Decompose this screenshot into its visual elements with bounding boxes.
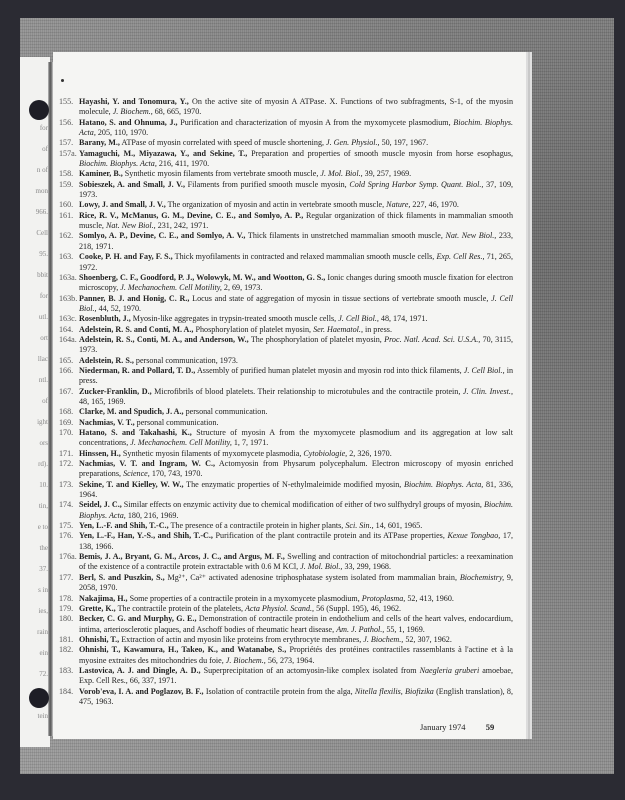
reference-entry: 179.Grette, K., The contractile protein … — [59, 604, 513, 614]
reference-entry: 175.Yen, L.-F. and Shih, T.-C., The pres… — [59, 521, 513, 531]
reference-authors: Kaminer, B., — [79, 169, 123, 178]
reference-text: Nachmias, V. T. and Ingram, W. C., Actom… — [79, 459, 513, 480]
reference-text: Ohnishi, T., Extraction of actin and myo… — [79, 635, 513, 645]
reference-details: 2, 69, 1973. — [222, 283, 262, 292]
reference-journal: Biochemistry, — [460, 573, 504, 582]
reference-entry: 168.Clarke, M. and Spudich, J. A., perso… — [59, 407, 513, 417]
reference-entry: 163a.Shoenberg, C. F., Goodford, P. J., … — [59, 273, 513, 294]
reference-title: personal communication. — [184, 407, 268, 416]
reference-title: Synthetic myosin filaments from vertebra… — [123, 169, 321, 178]
reference-number: 179. — [59, 604, 79, 614]
reference-journal: J. Gen. Physiol., — [326, 138, 380, 147]
reference-entry: 156.Hatano, S. and Ohnuma, J., Purificat… — [59, 118, 513, 139]
reference-journal: Acta Physiol. Scand., — [245, 604, 314, 613]
reference-title: Similar effects on enzymic activity due … — [122, 500, 484, 509]
reference-number: 163. — [59, 252, 79, 273]
reference-authors: Somlyo, A. P., Devine, C. E., and Somlyo… — [79, 231, 245, 240]
reference-text: Hatano, S. and Takahashi, K., Structure … — [79, 428, 513, 449]
reference-details: in press. — [363, 325, 392, 334]
left-page-fragment: rain — [37, 628, 48, 636]
reference-details: 231, 242, 1971. — [156, 221, 209, 230]
reference-authors: Becker, C. G. and Murphy, G. E., — [79, 614, 196, 623]
reference-number: 168. — [59, 407, 79, 417]
reference-authors: Hinssen, H., — [79, 449, 121, 458]
reference-number: 176a. — [59, 552, 79, 573]
reference-details: 2, 326, 1970. — [347, 449, 392, 458]
reference-authors: Adelstein, R. S. and Conti, M. A., — [79, 325, 193, 334]
left-page-fragment: ies, — [38, 607, 48, 615]
reference-number: 180. — [59, 614, 79, 635]
reference-entry: 157.Barany, M., ATPase of myosin correla… — [59, 138, 513, 148]
reference-entry: 164.Adelstein, R. S. and Conti, M. A., P… — [59, 325, 513, 335]
reference-entry: 162.Somlyo, A. P., Devine, C. E., and So… — [59, 231, 513, 252]
reference-journal: Nitella flexilis, Biofizika — [355, 687, 434, 696]
reference-title: Microfibrils of blood platelets. Their r… — [152, 387, 463, 396]
reference-details: 50, 197, 1967. — [380, 138, 429, 147]
reference-title: Superprecipitation of an actomyosin-like… — [201, 666, 420, 675]
reference-entry: 160.Lowy, J. and Small, J. V., The organ… — [59, 200, 513, 210]
left-page-fragment: ntl. — [39, 376, 48, 384]
reference-title: Synthetic myosin filaments of myxomycete… — [121, 449, 304, 458]
reference-entry: 182.Ohnishi, T., Kawamura, H., Takeo, K.… — [59, 645, 513, 666]
reference-journal: Nature, — [386, 200, 410, 209]
reference-number: 157. — [59, 138, 79, 148]
reference-text: Vorob'eva, I. A. and Poglazov, B. F., Is… — [79, 687, 513, 708]
reference-journal: Protoplasma, — [362, 594, 406, 603]
reference-title: Phosphorylation of platelet myosin, — [193, 325, 313, 334]
reference-entry: 159.Sobieszek, A. and Small, J. V., Fila… — [59, 180, 513, 201]
reference-number: 159. — [59, 180, 79, 201]
reference-text: Yamaguchi, M., Miyazawa, Y., and Sekine,… — [79, 149, 513, 170]
reference-authors: Nachmias, V. T., — [79, 418, 135, 427]
reference-authors: Nakajima, H., — [79, 594, 128, 603]
reference-details: 39, 257, 1969. — [363, 169, 412, 178]
reference-details: 170, 743, 1970. — [150, 469, 203, 478]
left-page-fragment: 72. — [39, 670, 48, 678]
reference-entry: 161.Rice, R. V., McManus, G. M., Devine,… — [59, 211, 513, 232]
left-page-fragment: 10. — [39, 481, 48, 489]
reference-number: 183. — [59, 666, 79, 687]
reference-text: Seidel, J. C., Similar effects on enzymi… — [79, 500, 513, 521]
reference-text: Niederman, R. and Pollard, T. D., Assemb… — [79, 366, 513, 387]
reference-entry: 158.Kaminer, B., Synthetic myosin filame… — [59, 169, 513, 179]
left-facing-page: 23-forofn ofmon966.Cell95.bbitforutl.ort… — [20, 57, 50, 747]
left-page-fragment: for — [40, 124, 48, 132]
reference-number: 169. — [59, 418, 79, 428]
reference-title: Thick myofilaments in contracted and rel… — [173, 252, 437, 261]
reference-journal: J. Mol. Biol., — [300, 562, 342, 571]
reference-entry: 184.Vorob'eva, I. A. and Poglazov, B. F.… — [59, 687, 513, 708]
reference-text: Hinssen, H., Synthetic myosin filaments … — [79, 449, 513, 459]
reference-authors: Yen, L.-F. and Shih, T.-C., — [79, 521, 169, 530]
left-page-fragment: Cell — [36, 229, 48, 237]
reference-details: 55, 1, 1969. — [384, 625, 424, 634]
reference-text: Kaminer, B., Synthetic myosin filaments … — [79, 169, 513, 179]
reference-title: Preparation and properties of smooth mus… — [247, 149, 513, 158]
reference-authors: Hayashi, Y. and Tonomura, Y., — [79, 97, 189, 106]
left-page-fragment: utl. — [39, 313, 48, 321]
reference-authors: Hatano, S. and Takahashi, K., — [79, 428, 192, 437]
reference-number: 163b. — [59, 294, 79, 315]
reference-title: Some properties of a contractile protein… — [128, 594, 362, 603]
reference-title: Filaments from purified smooth muscle my… — [185, 180, 349, 189]
reference-authors: Rosenbluth, J., — [79, 314, 131, 323]
reference-entry: 177.Berl, S. and Puszkin, S., Mg²⁺, Ca²⁺… — [59, 573, 513, 594]
reference-title: The organization of myosin and actin in … — [166, 200, 386, 209]
reference-entry: 163c.Rosenbluth, J., Myosin-like aggrega… — [59, 314, 513, 324]
reference-entry: 167.Zucker-Franklin, D., Microfibrils of… — [59, 387, 513, 408]
reference-authors: Lowy, J. and Small, J. V., — [79, 200, 166, 209]
left-page-fragment: bbit — [37, 271, 48, 279]
left-page-fragment: ors — [39, 439, 48, 447]
reference-journal: Biochim. Biophys. Acta, — [79, 159, 157, 168]
punch-hole-top — [29, 100, 49, 120]
reference-title: Purification of the plant contractile pr… — [213, 531, 448, 540]
reference-text: Sobieszek, A. and Small, J. V., Filament… — [79, 180, 513, 201]
reference-title: ATPase of myosin correlated with speed o… — [120, 138, 326, 147]
reference-journal: Nat. New Biol., — [445, 231, 496, 240]
reference-entry: 173.Sekine, T. and Kielley, W. W., The e… — [59, 480, 513, 501]
reference-title: Extraction of actin and myosin like prot… — [119, 635, 363, 644]
reference-title: Mg²⁺, Ca²⁺ activated adenosine triphosph… — [165, 573, 460, 582]
reference-number: 163c. — [59, 314, 79, 324]
footer-date: January 1974 — [420, 722, 466, 732]
reference-number: 166. — [59, 366, 79, 387]
reference-number: 178. — [59, 594, 79, 604]
reference-entry: 176.Yen, L.-F., Han, Y.-S., and Shih, T.… — [59, 531, 513, 552]
reference-text: Rice, R. V., McManus, G. M., Devine, C. … — [79, 211, 513, 232]
reference-journal: J. Biochem., — [363, 635, 403, 644]
reference-authors: Ohnishi, T., Kawamura, H., Takeo, K., an… — [79, 645, 286, 654]
reference-list: 155.Hayashi, Y. and Tonomura, Y., On the… — [59, 97, 513, 707]
left-page-fragment: llac — [38, 355, 48, 363]
reference-journal: Am. J. Pathol., — [336, 625, 384, 634]
reference-journal: J. Cell Biol., — [464, 366, 505, 375]
reference-authors: Vorob'eva, I. A. and Poglazov, B. F., — [79, 687, 204, 696]
left-page-fragment: s in — [38, 586, 48, 594]
reference-journal: Proc. Natl. Acad. Sci. U.S.A., — [384, 335, 480, 344]
reference-details: 44, 52, 1970. — [97, 304, 142, 313]
reference-authors: Shoenberg, C. F., Goodford, P. J., Wolow… — [79, 273, 325, 282]
reference-text: Lowy, J. and Small, J. V., The organizat… — [79, 200, 513, 210]
reference-entry: 170.Hatano, S. and Takahashi, K., Struct… — [59, 428, 513, 449]
reference-entry: 155.Hayashi, Y. and Tonomura, Y., On the… — [59, 97, 513, 118]
reference-authors: Hatano, S. and Ohnuma, J., — [79, 118, 178, 127]
reference-text: Somlyo, A. P., Devine, C. E., and Somlyo… — [79, 231, 513, 252]
reference-entry: 166.Niederman, R. and Pollard, T. D., As… — [59, 366, 513, 387]
reference-text: Yen, L.-F. and Shih, T.-C., The presence… — [79, 521, 513, 531]
reference-title: Assembly of purified human platelet myos… — [195, 366, 463, 375]
reference-title: Thick filaments in unstretched mammalian… — [245, 231, 445, 240]
reference-authors: Barany, M., — [79, 138, 120, 147]
reference-title: The phosphorylation of platelet myosin, — [249, 335, 385, 344]
reference-text: Lastovica, A. J. and Dingle, A. D., Supe… — [79, 666, 513, 687]
reference-number: 174. — [59, 500, 79, 521]
reference-journal: Nat. New Biol., — [106, 221, 156, 230]
reference-number: 171. — [59, 449, 79, 459]
reference-text: Sekine, T. and Kielley, W. W., The enzym… — [79, 480, 513, 501]
reference-authors: Yamaguchi, M., Miyazawa, Y., and Sekine,… — [79, 149, 247, 158]
reference-text: Rosenbluth, J., Myosin-like aggregates i… — [79, 314, 513, 324]
reference-journal: J. Biochem., — [226, 656, 266, 665]
reference-details: 48, 174, 1971. — [379, 314, 428, 323]
reference-title: Myosin-like aggregates in trypsin-treate… — [131, 314, 338, 323]
reference-journal: Biochim. Biophys. Acta, — [404, 480, 483, 489]
reference-text: Hayashi, Y. and Tonomura, Y., On the act… — [79, 97, 513, 118]
reference-entry: 163.Cooke, P. H. and Fay, F. S., Thick m… — [59, 252, 513, 273]
reference-entry: 157a.Yamaguchi, M., Miyazawa, Y., and Se… — [59, 149, 513, 170]
reference-journal: J. Mol. Biol., — [320, 169, 362, 178]
left-page-fragment: the — [39, 544, 48, 552]
reference-text: Becker, C. G. and Murphy, G. E., Demonst… — [79, 614, 513, 635]
left-page-fragment: ort — [40, 334, 48, 342]
reference-title: personal communication. — [135, 418, 219, 427]
reference-text: Bemis, J. A., Bryant, G. M., Arcos, J. C… — [79, 552, 513, 573]
reference-number: 155. — [59, 97, 79, 118]
reference-journal: J. Mechanochem. Cell Motility, — [130, 438, 232, 447]
reference-number: 161. — [59, 211, 79, 232]
reference-number: 160. — [59, 200, 79, 210]
left-page-fragment: tin, — [39, 502, 48, 510]
reference-title: Purification and characterization of myo… — [178, 118, 454, 127]
reference-entry: 172.Nachmias, V. T. and Ingram, W. C., A… — [59, 459, 513, 480]
reference-journal: J. Biochem. — [113, 107, 151, 116]
reference-authors: Clarke, M. and Spudich, J. A., — [79, 407, 184, 416]
punch-hole-bottom — [29, 688, 49, 708]
reference-authors: Nachmias, V. T. and Ingram, W. C., — [79, 459, 215, 468]
reference-journal: Exp. Cell Res., — [436, 252, 484, 261]
reference-number: 182. — [59, 645, 79, 666]
reference-number: 162. — [59, 231, 79, 252]
reference-authors: Rice, R. V., McManus, G. M., Devine, C. … — [79, 211, 303, 220]
reference-entry: 180.Becker, C. G. and Murphy, G. E., Dem… — [59, 614, 513, 635]
reference-authors: Niederman, R. and Pollard, T. D., — [79, 366, 195, 375]
reference-authors: Adelstein, R. S., Conti, M. A., and Ande… — [79, 335, 249, 344]
reference-number: 164a. — [59, 335, 79, 356]
reference-text: Nachmias, V. T., personal communication. — [79, 418, 513, 428]
reference-details: 14, 601, 1965. — [374, 521, 423, 530]
reference-text: Zucker-Franklin, D., Microfibrils of blo… — [79, 387, 513, 408]
reference-details: 56 (Suppl. 195), 46, 1962. — [314, 604, 401, 613]
page-number: 59 — [486, 722, 495, 732]
reference-number: 184. — [59, 687, 79, 708]
reference-details: 216, 411, 1970. — [157, 159, 209, 168]
reference-title: The enzymatic properties of N-ethylmalei… — [184, 480, 404, 489]
reference-authors: Grette, K., — [79, 604, 116, 613]
reference-title: Isolation of contractile protein from th… — [204, 687, 355, 696]
reference-title: Locus and state of aggregation of myosin… — [189, 294, 491, 303]
reference-number: 170. — [59, 428, 79, 449]
reference-number: 156. — [59, 118, 79, 139]
reference-authors: Berl, S. and Puszkin, S., — [79, 573, 165, 582]
reference-details: 1, 7, 1971. — [232, 438, 268, 447]
reference-number: 164. — [59, 325, 79, 335]
reference-entry: 178.Nakajima, H., Some properties of a c… — [59, 594, 513, 604]
left-page-fragment: ein — [39, 649, 48, 657]
reference-entry: 181.Ohnishi, T., Extraction of actin and… — [59, 635, 513, 645]
reference-authors: Ohnishi, T., — [79, 635, 119, 644]
reference-details: 48, 165, 1969. — [79, 397, 126, 406]
reference-title: The contractile protein of the platelets… — [116, 604, 245, 613]
reference-text: Grette, K., The contractile protein of t… — [79, 604, 513, 614]
reference-number: 176. — [59, 531, 79, 552]
reference-number: 175. — [59, 521, 79, 531]
reference-entry: 169.Nachmias, V. T., personal communicat… — [59, 418, 513, 428]
left-page-fragment: mon — [36, 187, 48, 195]
reference-journal: Cytobiologie, — [303, 449, 347, 458]
reference-number: 163a. — [59, 273, 79, 294]
reference-details: 56, 273, 1964. — [266, 656, 315, 665]
reference-authors: Yen, L.-F., Han, Y.-S., and Shih, T.-C., — [79, 531, 213, 540]
left-page-fragment: n of — [37, 166, 48, 174]
reference-text: Hatano, S. and Ohnuma, J., Purification … — [79, 118, 513, 139]
page-mark — [61, 79, 64, 82]
reference-journal: J. Cell Biol., — [338, 314, 379, 323]
reference-number: 167. — [59, 387, 79, 408]
reference-text: Adelstein, R. S., Conti, M. A., and Ande… — [79, 335, 513, 356]
reference-entry: 163b.Panner, B. J. and Honig, C. R., Loc… — [59, 294, 513, 315]
reference-text: Barany, M., ATPase of myosin correlated … — [79, 138, 513, 148]
left-page-fragment: 966. — [36, 208, 48, 216]
reference-details: 227, 46, 1970. — [410, 200, 459, 209]
reference-number: 157a. — [59, 149, 79, 170]
left-page-fragment: e to — [38, 523, 48, 531]
left-page-fragment: 95. — [39, 250, 48, 258]
reference-text: Panner, B. J. and Honig, C. R., Locus an… — [79, 294, 513, 315]
reference-entry: 165.Adelstein, R. S., personal communica… — [59, 356, 513, 366]
reference-title: personal communication, 1973. — [134, 356, 238, 365]
reference-authors: Adelstein, R. S., — [79, 356, 134, 365]
reference-journal: Sci. Sin., — [345, 521, 373, 530]
reference-number: 173. — [59, 480, 79, 501]
document-page: 155.Hayashi, Y. and Tonomura, Y., On the… — [53, 52, 526, 739]
reference-details: 180, 216, 1969. — [126, 511, 179, 520]
reference-title: The presence of a contractile protein in… — [169, 521, 346, 530]
reference-journal: J. Mechanochem. Cell Motility, — [120, 283, 222, 292]
page-footer: January 1974 59 — [420, 722, 494, 732]
left-page-fragment: rd). — [38, 460, 48, 468]
reference-authors: Bemis, J. A., Bryant, G. M., Arcos, J. C… — [79, 552, 285, 561]
reference-details: 52, 413, 1960. — [405, 594, 454, 603]
reference-text: Yen, L.-F., Han, Y.-S., and Shih, T.-C.,… — [79, 531, 513, 552]
reference-entry: 171.Hinssen, H., Synthetic myosin filame… — [59, 449, 513, 459]
reference-journal: Kexue Tongbao, — [447, 531, 500, 540]
reference-text: Clarke, M. and Spudich, J. A., personal … — [79, 407, 513, 417]
reference-authors: Sobieszek, A. and Small, J. V., — [79, 180, 185, 189]
reference-number: 158. — [59, 169, 79, 179]
reference-entry: 183.Lastovica, A. J. and Dingle, A. D., … — [59, 666, 513, 687]
reference-journal: Ser. Haematol., — [313, 325, 363, 334]
reference-journal: Naegleria gruberi — [420, 666, 480, 675]
reference-journal: J. Clin. Invest., — [463, 387, 513, 396]
reference-text: Adelstein, R. S., personal communication… — [79, 356, 513, 366]
reference-text: Nakajima, H., Some properties of a contr… — [79, 594, 513, 604]
left-page-text-fragments: 23-forofn ofmon966.Cell95.bbitforutl.ort… — [20, 57, 50, 747]
left-page-fragment: tein — [38, 712, 49, 720]
reference-text: Cooke, P. H. and Fay, F. S., Thick myofi… — [79, 252, 513, 273]
reference-authors: Zucker-Franklin, D., — [79, 387, 152, 396]
left-page-fragment: ight — [37, 418, 48, 426]
reference-details: , 68, 665, 1970. — [151, 107, 202, 116]
reference-text: Ohnishi, T., Kawamura, H., Takeo, K., an… — [79, 645, 513, 666]
reference-details: 52, 307, 1962. — [403, 635, 452, 644]
reference-details: 33, 299, 1968. — [342, 562, 391, 571]
reference-authors: Sekine, T. and Kielley, W. W., — [79, 480, 184, 489]
reference-text: Shoenberg, C. F., Goodford, P. J., Wolow… — [79, 273, 513, 294]
reference-authors: Panner, B. J. and Honig, C. R., — [79, 294, 189, 303]
reference-number: 181. — [59, 635, 79, 645]
reference-journal: Science, — [123, 469, 150, 478]
reference-text: Berl, S. and Puszkin, S., Mg²⁺, Ca²⁺ act… — [79, 573, 513, 594]
reference-entry: 164a.Adelstein, R. S., Conti, M. A., and… — [59, 335, 513, 356]
reference-authors: Seidel, J. C., — [79, 500, 122, 509]
reference-authors: Lastovica, A. J. and Dingle, A. D., — [79, 666, 201, 675]
reference-authors: Cooke, P. H. and Fay, F. S., — [79, 252, 173, 261]
reference-entry: 176a.Bemis, J. A., Bryant, G. M., Arcos,… — [59, 552, 513, 573]
reference-details: 205, 110, 1970. — [96, 128, 148, 137]
left-page-fragment: for — [40, 292, 48, 300]
reference-text: Adelstein, R. S. and Conti, M. A., Phosp… — [79, 325, 513, 335]
reference-entry: 174.Seidel, J. C., Similar effects on en… — [59, 500, 513, 521]
reference-number: 177. — [59, 573, 79, 594]
reference-journal: Cold Spring Harbor Symp. Quant. Biol., — [349, 180, 483, 189]
left-page-fragment: 37. — [39, 565, 48, 573]
reference-number: 172. — [59, 459, 79, 480]
reference-number: 165. — [59, 356, 79, 366]
